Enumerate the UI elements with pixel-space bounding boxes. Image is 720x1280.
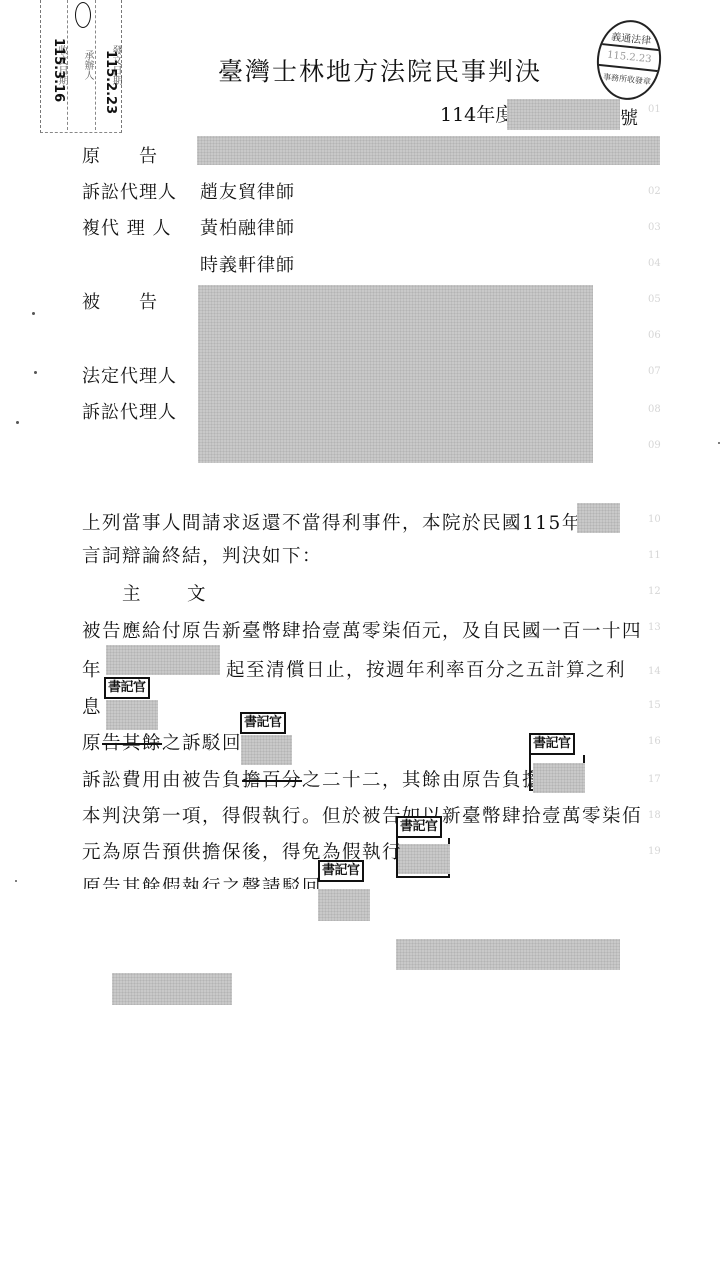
holding-line-6-b: 新臺幣肆拾壹萬零柒佰	[442, 806, 642, 827]
faint-margin-mark: 08	[648, 404, 661, 415]
faint-margin-mark: 06	[648, 330, 661, 341]
party-role-plaintiff: 原 告	[82, 142, 158, 168]
section-heading-main-text: 主 文	[122, 580, 220, 606]
page-cutoff-mask	[0, 890, 318, 930]
holding-line-5-a: 訴訟費用由被告負	[82, 770, 242, 791]
case-number: 114年度	[440, 100, 514, 127]
redacted-interest-start-date	[106, 645, 220, 675]
page-cutoff-mask	[370, 890, 720, 930]
faint-margin-mark: 02	[648, 186, 661, 197]
seal-bottom-text: 事務所收發章	[597, 71, 658, 88]
redacted-block	[112, 973, 232, 1005]
faint-margin-mark: 14	[648, 666, 661, 677]
document-title: 臺灣士林地方法院民事判決	[218, 52, 542, 88]
redacted-clerk-signature	[106, 700, 158, 730]
holding-line-5: 訴訟費用由被告負擔百分之二十二，其餘由原告負擔	[82, 766, 542, 792]
faint-margin-mark: 10	[648, 514, 661, 525]
holding-line-5-b: 之二十二，其餘由原告負擔	[302, 770, 542, 791]
clerk-correction-stamp: 書記官	[529, 733, 575, 755]
faint-margin-mark: 03	[648, 222, 661, 233]
faint-margin-mark: 19	[648, 846, 661, 857]
scan-speck	[16, 421, 19, 424]
scan-speck	[34, 371, 37, 374]
holding-line-1: 被告應給付原告新臺幣肆拾壹萬零柒佰元，及自民國一百一十四	[82, 617, 642, 643]
faint-margin-mark: 18	[648, 810, 661, 821]
redacted-clerk-signature	[398, 844, 450, 874]
clerk-correction-stamp: 書記官	[396, 816, 442, 838]
plaintiff-attorney-name: 趙友貿律師	[200, 178, 295, 204]
redacted-hearing-date	[577, 503, 620, 533]
redacted-defendant-block	[198, 285, 593, 463]
redacted-block	[396, 939, 620, 970]
received-date: 115.3.16	[51, 38, 66, 102]
redacted-case-number	[507, 99, 620, 130]
holding-line-6: 本判決第一項，得假執行。但於被告如以新臺幣肆拾壹萬零柒佰	[82, 802, 642, 828]
seal-date: 115.2.23	[599, 49, 660, 66]
faint-margin-mark: 01	[648, 104, 661, 115]
clerk-correction-stamp: 書記官	[104, 677, 150, 699]
holding-line-6-a: 本判決第一項，得假執行。但於被告	[82, 806, 402, 827]
receipt-divider	[67, 0, 68, 130]
party-role-defendant-attorney: 訴訟代理人	[82, 398, 177, 424]
faint-margin-mark: 05	[648, 294, 661, 305]
clerk-correction-stamp: 書記官	[240, 712, 286, 734]
sub-attorney-name-2: 時義軒律師	[200, 251, 295, 277]
intro-line-2: 言詞辯論終結，判決如下：	[82, 542, 322, 568]
clerk-correction-stamp: 書記官	[318, 860, 364, 882]
scan-speck	[32, 312, 35, 315]
party-role-legal-representative: 法定代理人	[82, 362, 177, 388]
faint-margin-mark: 16	[648, 736, 661, 747]
case-suffix: 號	[620, 104, 638, 130]
dispatch-date: 115.2.23	[103, 50, 118, 114]
redacted-clerk-signature	[533, 763, 585, 793]
receipt-divider	[95, 0, 96, 130]
faint-margin-mark: 11	[648, 550, 661, 561]
law-firm-seal: 義通法律 115.2.23 事務所收發章	[593, 17, 665, 103]
faint-margin-mark: 09	[648, 440, 661, 451]
redacted-clerk-signature	[241, 735, 292, 765]
holding-line-4-a: 原	[82, 733, 102, 754]
holding-line-2-prefix: 年	[82, 656, 102, 682]
party-role-defendant: 被 告	[82, 288, 158, 314]
struck-text: 告其餘	[102, 733, 162, 754]
holding-line-3: 息	[82, 693, 102, 719]
party-role-plaintiff-attorney: 訴訟代理人	[82, 178, 177, 204]
holding-line-8: 原告其餘假執行之聲請駁回	[82, 873, 322, 889]
intro-line-1: 上列當事人間請求返還不當得利事件，本院於民國115年	[82, 509, 582, 535]
faint-margin-mark: 17	[648, 774, 661, 785]
struck-text: 擔百分	[242, 770, 302, 791]
faint-margin-mark: 12	[648, 586, 661, 597]
holding-line-4: 原告其餘之訴駁回	[82, 729, 242, 755]
case-year: 114年度	[440, 104, 514, 126]
faint-margin-mark: 13	[648, 622, 661, 633]
party-role-sub-attorney: 複代 理 人	[82, 214, 171, 240]
holding-line-2-suffix: 起至清償日止，按週年利率百分之五計算之利	[226, 656, 626, 682]
circled-mark-icon	[75, 2, 91, 28]
holding-line-4-b: 之訴駁回	[162, 733, 242, 754]
faint-margin-mark: 07	[648, 366, 661, 377]
scan-speck	[15, 880, 17, 882]
faint-margin-mark: 15	[648, 700, 661, 711]
redacted-plaintiff-name	[197, 136, 660, 165]
redacted-clerk-signature	[318, 889, 370, 921]
receipt-stamp: 收文日期 承辦人 發文日期 115.3.16 115.2.23	[40, 0, 122, 133]
sub-attorney-name-1: 黃柏融律師	[200, 214, 295, 240]
faint-margin-mark: 04	[648, 258, 661, 269]
